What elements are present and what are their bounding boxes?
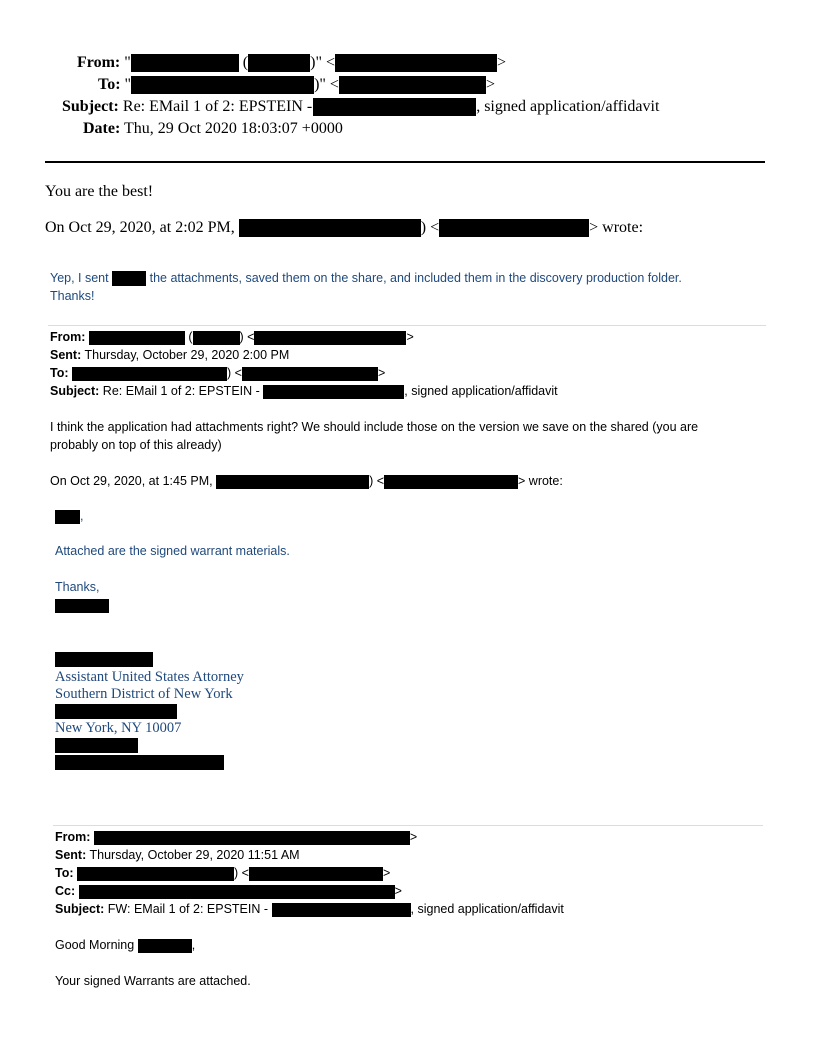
header-date-label: Date: [83,119,120,139]
quote-suffix: > wrote: [518,474,563,488]
email-2-sent-label: Sent: [50,348,81,362]
redaction [313,98,476,116]
redaction [55,755,224,770]
email-4-to-label: To: [55,866,74,880]
email-2-to-label: To: [50,366,69,380]
redaction [131,76,314,94]
redaction [272,903,411,917]
email-4-subject-suffix: , signed application/affidavit [411,902,564,916]
reply-2-prefix: Yep, I sent [50,271,109,285]
signature-name [55,652,153,667]
email-4-sent-value: Thursday, October 29, 2020 11:51 AM [90,848,300,862]
quote-attribution-1: On Oct 29, 2020, at 2:02 PM, ) <> wrote: [45,218,643,238]
reply-body: You are the best! [45,182,153,202]
redaction [263,385,404,399]
email-4-subject-row: Subject: FW: EMail 1 of 2: EPSTEIN - , s… [55,900,564,918]
reply-2-body-line1: Yep, I sent the attachments, saved them … [50,269,682,287]
redaction [339,76,486,94]
email-4-cc-row: Cc: > [55,882,402,900]
redaction [55,510,80,524]
redaction [79,885,395,899]
redaction [384,475,518,489]
signature-phone [55,738,138,753]
quote-attribution-2: On Oct 29, 2020, at 1:45 PM, ) <> wrote: [50,472,563,490]
signature-office: Southern District of New York [55,686,233,703]
message-divider [53,825,763,826]
email-4-sent-row: Sent: Thursday, October 29, 2020 11:51 A… [55,846,300,864]
email-2-body-line2: probably on top of this already) [50,436,222,454]
email-4-sent-label: Sent: [55,848,86,862]
redaction [72,367,227,381]
email-3-body: Attached are the signed warrant material… [55,542,290,560]
redaction [89,331,185,345]
header-to-label: To: [98,75,121,95]
redaction [249,867,383,881]
redaction [439,219,589,237]
header-divider [45,161,765,163]
email-2-body-line1: I think the application had attachments … [50,418,698,436]
email-4-body: Your signed Warrants are attached. [55,972,251,990]
reply-2-body-line2: Thanks! [50,287,94,305]
redaction [242,367,378,381]
email-3-sender-name [55,599,109,613]
email-2-subject-prefix: Re: EMail 1 of 2: EPSTEIN - [103,384,260,398]
redaction [248,54,310,72]
email-4-greeting: Good Morning , [55,936,195,954]
redaction [335,54,497,72]
redaction [131,54,239,72]
email-2-to-row: To: ) <> [50,364,385,382]
signature-title: Assistant United States Attorney [55,669,244,686]
redaction [193,331,240,345]
redaction [55,704,177,719]
email-3-greeting: , [55,507,83,525]
email-4-cc-label: Cc: [55,884,75,898]
email-2-subject-row: Subject: Re: EMail 1 of 2: EPSTEIN - , s… [50,382,558,400]
email-2-sent-value: Thursday, October 29, 2020 2:00 PM [85,348,290,362]
redaction [55,652,153,667]
redaction [216,475,369,489]
redaction [239,219,421,237]
redaction [55,738,138,753]
header-subject-row: Subject: Re: EMail 1 of 2: EPSTEIN - , s… [62,97,659,117]
header-to-row: To: ")" <> [98,75,495,95]
header-from-row: From: " ()" <> [77,53,506,73]
header-from-label: From: [77,53,120,73]
redaction [55,599,109,613]
email-3-signoff: Thanks, [55,578,99,596]
email-4-from-label: From: [55,830,90,844]
signature-email [55,755,224,770]
email-4-subject-prefix: FW: EMail 1 of 2: EPSTEIN - [108,902,268,916]
quote-intro: On Oct 29, 2020, at 1:45 PM, [50,474,213,488]
header-date-value: Thu, 29 Oct 2020 18:03:07 +0000 [124,120,343,137]
redaction [112,271,146,286]
signature-address [55,704,177,719]
header-subject-prefix: Re: EMail 1 of 2: EPSTEIN - [123,98,312,115]
email-2-sent-row: Sent: Thursday, October 29, 2020 2:00 PM [50,346,289,364]
email-2-subject-label: Subject: [50,384,99,398]
header-subject-label: Subject: [62,97,119,117]
quote-suffix: > wrote: [589,219,643,236]
email-4-to-row: To: ) <> [55,864,390,882]
header-date-row: Date: Thu, 29 Oct 2020 18:03:07 +0000 [83,119,343,139]
reply-2-suffix: the attachments, saved them on the share… [150,271,682,285]
redaction [94,831,410,845]
email-4-subject-label: Subject: [55,902,104,916]
redaction [138,939,192,953]
redaction [254,331,406,345]
email-2-from-label: From: [50,330,85,344]
signature-city: New York, NY 10007 [55,720,181,737]
redaction [77,867,234,881]
email-4-from-row: From: > [55,828,417,846]
message-divider [48,325,766,326]
email-2-subject-suffix: , signed application/affidavit [404,384,557,398]
quote-intro: On Oct 29, 2020, at 2:02 PM, [45,219,235,236]
email-2-from-row: From: () <> [50,328,414,346]
header-subject-suffix: , signed application/affidavit [476,98,659,115]
